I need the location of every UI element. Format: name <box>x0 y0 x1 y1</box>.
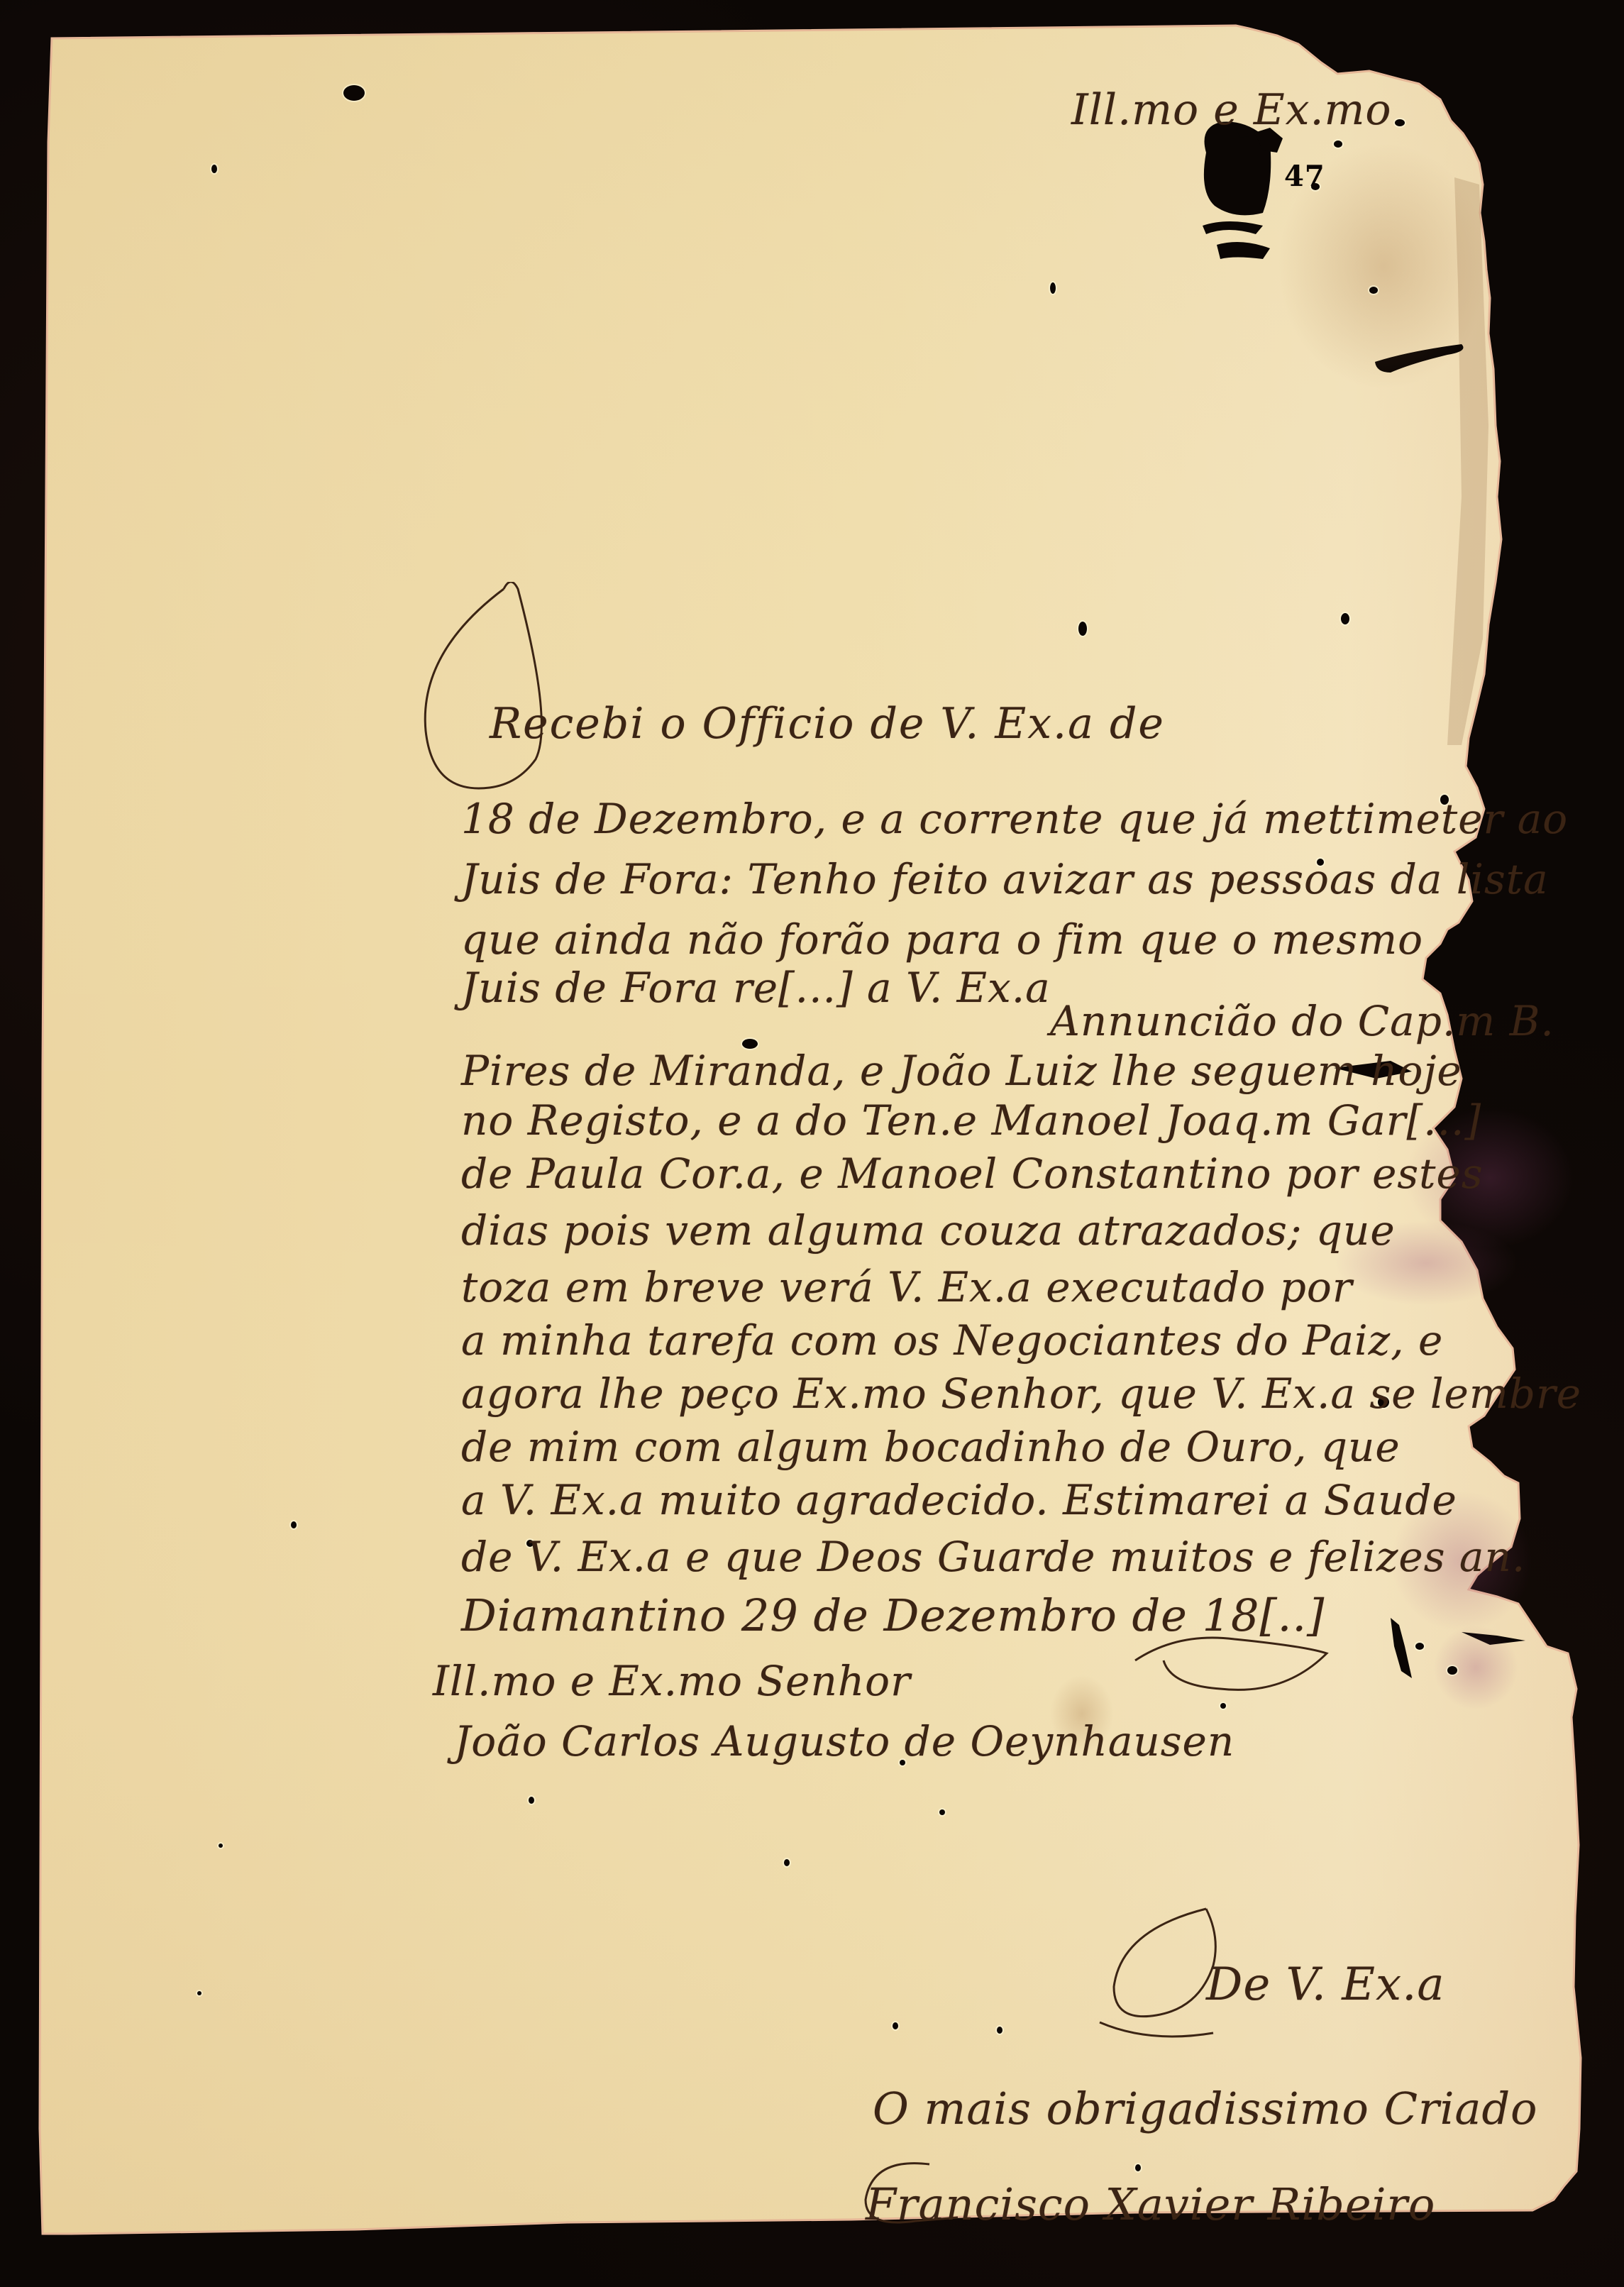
body-line-1: Recebi o Officio de V. Ex.a de <box>490 699 1165 749</box>
body-line-5: Juis de Fora re[...] a V. Ex.a <box>461 964 1051 1012</box>
worm-hole <box>291 1521 297 1528</box>
worm-hole <box>219 1844 223 1848</box>
body-line-4: que ainda não forão para o fim que o mes… <box>461 915 1423 964</box>
body-line-7: Pires de Miranda, e João Luiz lhe seguem… <box>461 1047 1462 1095</box>
purple-stain <box>1433 1625 1518 1710</box>
closing-formula: De V. Ex.a <box>1206 1958 1445 2011</box>
body-line-8: no Registo, e a do Ten.e Manoel Joaq.m G… <box>461 1096 1481 1145</box>
worm-hole <box>939 1809 945 1815</box>
date-flourish <box>1121 1618 1348 1703</box>
body-line-9: de Paula Cor.a, e Manoel Constantino por… <box>461 1150 1484 1198</box>
letter-page: Ill.mo e Ex.mo 47 Recebi o Officio de V.… <box>0 0 1624 2287</box>
worm-hole <box>1078 622 1087 636</box>
archive-number: 47 <box>1284 160 1325 193</box>
letter-opening-line: Recebi o Officio de V. Ex.a de <box>490 699 1165 749</box>
body-line-13: agora lhe peço Ex.mo Senhor, que V. Ex.a… <box>461 1370 1581 1418</box>
worm-hole <box>1220 1703 1226 1709</box>
worm-hole <box>1050 282 1056 294</box>
body-line-11: toza em breve verá V. Ex.a executado por <box>461 1263 1353 1311</box>
body-line-2: 18 de Dezembro, e a corrente que já mett… <box>461 795 1568 843</box>
body-line-10: dias pois vem alguma couza atrazados; qu… <box>461 1206 1396 1255</box>
addressee-name: João Carlos Augusto de Oeynhausen <box>454 1717 1234 1765</box>
body-line-3: Juis de Fora: Tenho feito avizar as pess… <box>461 855 1549 903</box>
worm-hole <box>1369 287 1378 294</box>
worm-hole <box>1395 119 1405 126</box>
closing-servant: O mais obrigadissimo Criado <box>873 2083 1537 2134</box>
worm-hole <box>1341 613 1349 624</box>
worm-hole <box>529 1797 534 1804</box>
worm-hole <box>784 1859 790 1866</box>
worm-hole <box>211 165 217 173</box>
worm-hole <box>893 2022 898 2029</box>
capital-r-flourish <box>411 582 709 809</box>
worm-hole <box>343 85 365 101</box>
address-salutation: Ill.mo e Ex.mo Senhor <box>433 1657 911 1705</box>
top-salutation: Ill.mo e Ex.mo <box>1071 85 1392 135</box>
worm-hole <box>997 2027 1002 2034</box>
body-line-12: a minha tarefa com os Negociantes do Pai… <box>461 1316 1443 1365</box>
worm-hole <box>197 1991 201 1995</box>
worm-hole <box>1334 140 1342 148</box>
body-line-6: Annuncião do Cap.m B. <box>1050 997 1554 1045</box>
signature-f-flourish <box>851 2150 965 2235</box>
worm-hole <box>1135 2164 1141 2171</box>
body-line-14: de mim com algum bocadinho de Ouro, que <box>461 1423 1401 1471</box>
worm-hole <box>1447 1666 1457 1675</box>
worm-hole <box>1415 1643 1424 1650</box>
body-line-16: de V. Ex.a e que Deos Guarde muitos e fe… <box>461 1533 1525 1581</box>
body-line-15: a V. Ex.a muito agradecido. Estimarei a … <box>461 1476 1457 1524</box>
